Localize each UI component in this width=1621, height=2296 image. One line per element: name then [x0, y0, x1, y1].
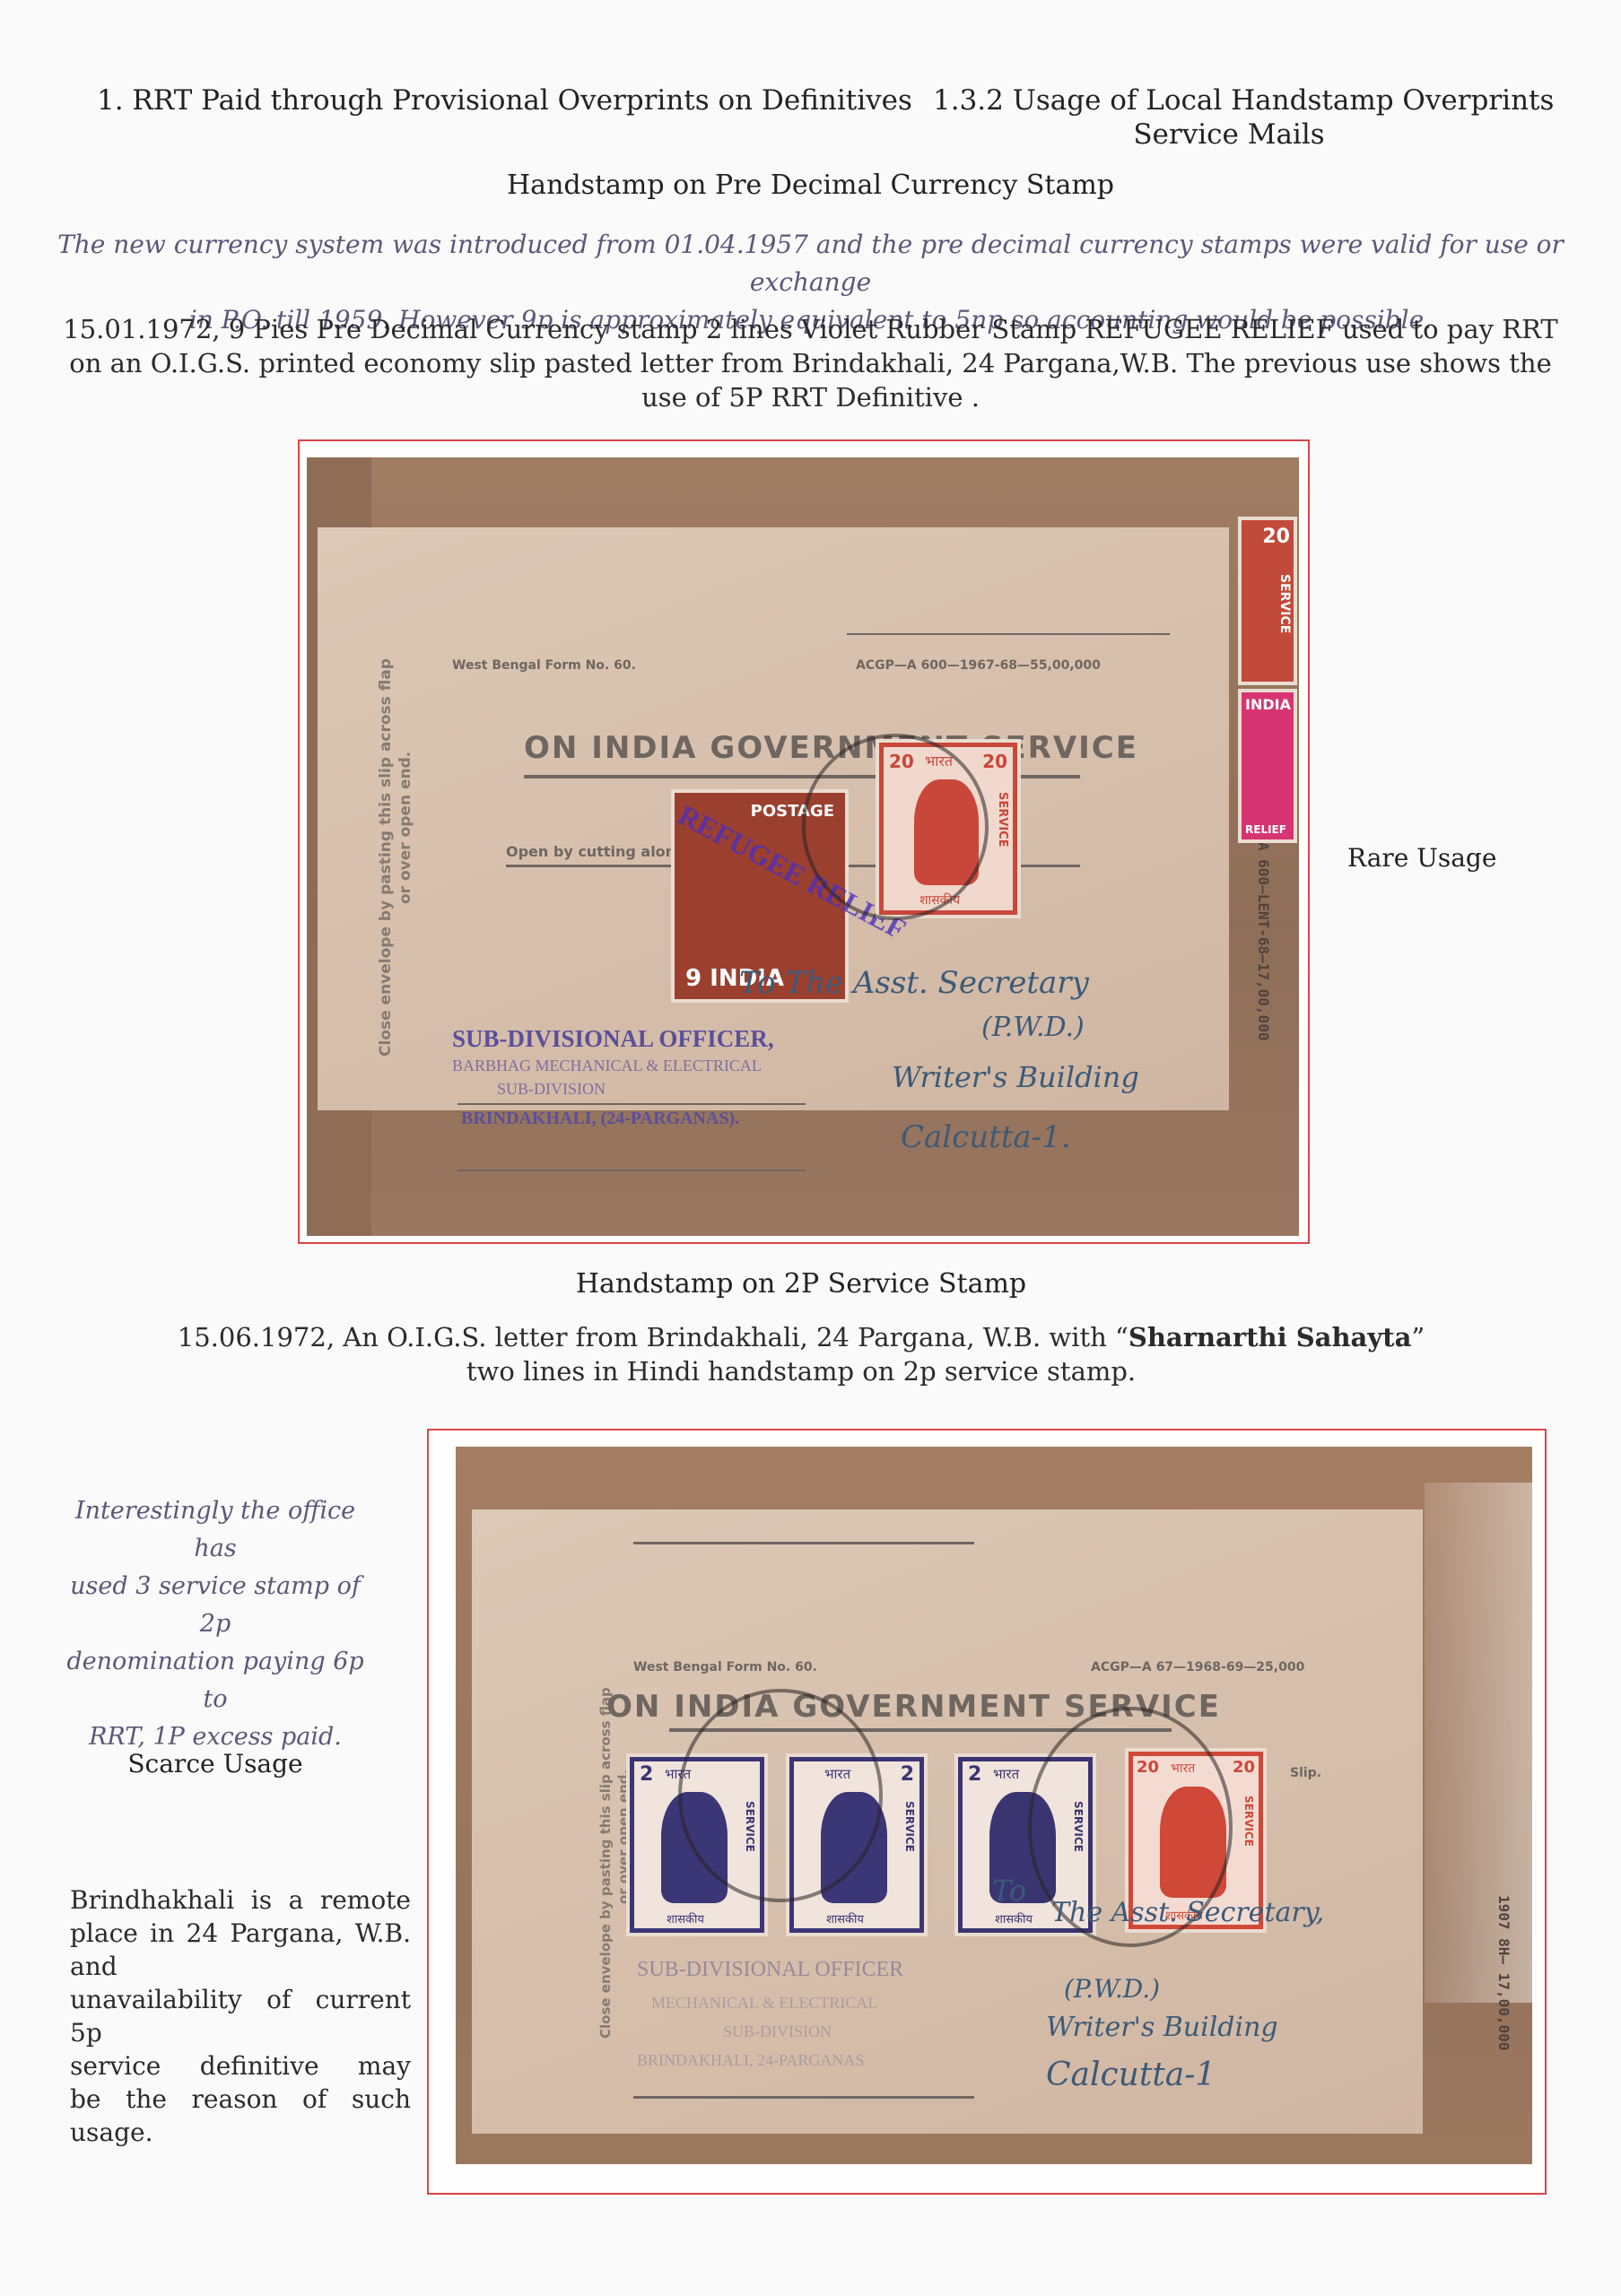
sender-line2: BARBHAG MECHANICAL & ELECTRICAL: [452, 1057, 762, 1075]
side-print-line1: Close envelope by pasting this slip acro…: [597, 1687, 614, 2039]
address-line5: Calcutta-1: [1046, 2057, 1216, 2093]
sender-line3: SUB-DIVISION: [723, 2022, 832, 2041]
stamp-20p-service-right: 20 SERVICE: [1242, 520, 1294, 682]
print-code: ACGP—A 600—1967-68—55,00,000: [856, 658, 1101, 673]
form-number: West Bengal Form No. 60.: [633, 1660, 817, 1674]
section-title: 1.3.2 Usage of Local Handstamp Overprint…: [933, 84, 1525, 117]
address-line3: Writer's Building: [892, 1060, 1139, 1094]
cover1-frame: UP—A 600—LENT-68—17,00,000 20 SERVICE IN…: [298, 439, 1310, 1244]
address-line4: Writer's Building: [1046, 2012, 1278, 2043]
remark-line: Brindhakhali is a remote: [70, 1883, 411, 1917]
sender-line4: BRINDAKHALI, (24-PARGANAS).: [461, 1109, 739, 1129]
section2-note: Interestingly the office has used 3 serv…: [63, 1492, 368, 1756]
page-header-right: 1.3.2 Usage of Local Handstamp Overprint…: [933, 84, 1525, 151]
sender-line1: SUB-DIVISIONAL OFFICER: [637, 1958, 903, 1982]
remark-line: be the reason of such usage.: [70, 2083, 411, 2149]
rule: [847, 633, 1170, 635]
page-header-left: 1. RRT Paid through Provisional Overprin…: [97, 84, 912, 117]
rare-usage-label: Rare Usage: [1347, 843, 1496, 873]
section2-remark: Brindhakhali is a remote place in 24 Par…: [70, 1883, 411, 2149]
postmark-cancel: [678, 1689, 883, 1902]
address-line1: To: [992, 1874, 1026, 1908]
sender-line2: MECHANICAL & ELECTRICAL: [651, 1994, 877, 2013]
section-subtitle: Service Mails: [933, 118, 1525, 151]
hindi-handstamp-name: Sharnarthi Sahayta: [1129, 1322, 1412, 1352]
envelope-wear: [1425, 1483, 1532, 2003]
address-line4: Calcutta-1.: [901, 1119, 1071, 1155]
cover2-frame: 1907 8H— 17,00,000 Close envelope by pas…: [427, 1429, 1547, 2195]
scarce-usage-label: Scarce Usage: [63, 1749, 368, 1779]
stamp-refugee-relief: INDIA RELIEF: [1242, 692, 1294, 839]
sender-rule: [633, 2096, 974, 2099]
desc-line: two lines in Hindi handstamp on 2p servi…: [0, 1354, 1602, 1388]
sender-line4: BRINDAKHALI, 24-PARGANAS: [637, 2051, 864, 2070]
note-line: used 3 service stamp of 2p: [63, 1568, 368, 1643]
print-code: ACGP—A 67—1968-69—25,000: [1091, 1660, 1304, 1674]
note-line: Interestingly the office has: [63, 1492, 368, 1568]
desc-line: 15.06.1972, An O.I.G.S. letter from Brin…: [0, 1320, 1602, 1354]
sender-line1: SUB-DIVISIONAL OFFICER,: [452, 1025, 774, 1053]
postmark-cancel: [802, 734, 989, 920]
remark-line: unavailability of current 5p: [70, 1983, 411, 2049]
sender-rule: [458, 1103, 806, 1105]
address-line2: The Asst. Secretary,: [1051, 1897, 1324, 1928]
section1-heading: Handstamp on Pre Decimal Currency Stamp: [0, 170, 1621, 201]
cover1-slip: Close envelope by pasting this slip acro…: [318, 527, 1229, 1110]
address-line1: To The Asst. Secretary: [739, 965, 1089, 1001]
note-line: The new currency system was introduced f…: [54, 226, 1567, 301]
section2-description: 15.06.1972, An O.I.G.S. letter from Brin…: [0, 1320, 1602, 1388]
form-number: West Bengal Form No. 60.: [452, 658, 636, 673]
side-print-line2: or over open end.: [397, 752, 414, 904]
address-line3: (P.W.D.): [1064, 1974, 1160, 2004]
section2-heading: Handstamp on 2P Service Stamp: [0, 1268, 1602, 1300]
side-print-line1: Close envelope by pasting this slip acro…: [377, 658, 395, 1057]
desc-line: use of 5P RRT Definitive .: [54, 380, 1567, 414]
address-line2: (P.W.D.): [981, 1012, 1085, 1043]
sender-rule: [458, 1170, 806, 1171]
desc-line: 15.01.1972, 9 Pies Pre Decimal Currency …: [54, 312, 1567, 346]
cover2-slip: Close envelope by pasting this slip acro…: [472, 1509, 1423, 2134]
remark-line: place in 24 Pargana, W.B. and: [70, 1917, 411, 1983]
right-edge-print: 1907 8H— 17,00,000: [1495, 1895, 1512, 2050]
slip-note: Slip.: [1290, 1766, 1321, 1780]
note-line: denomination paying 6p to: [63, 1643, 368, 1718]
sender-line3: SUB-DIVISION: [497, 1080, 606, 1099]
section1-description: 15.01.1972, 9 Pies Pre Decimal Currency …: [54, 312, 1567, 414]
rule: [633, 1542, 974, 1544]
desc-line: on an O.I.G.S. printed economy slip past…: [54, 346, 1567, 380]
remark-line: service definitive may: [70, 2049, 411, 2083]
right-edge-print: UP—A 600—LENT-68—17,00,000: [1255, 816, 1272, 1040]
